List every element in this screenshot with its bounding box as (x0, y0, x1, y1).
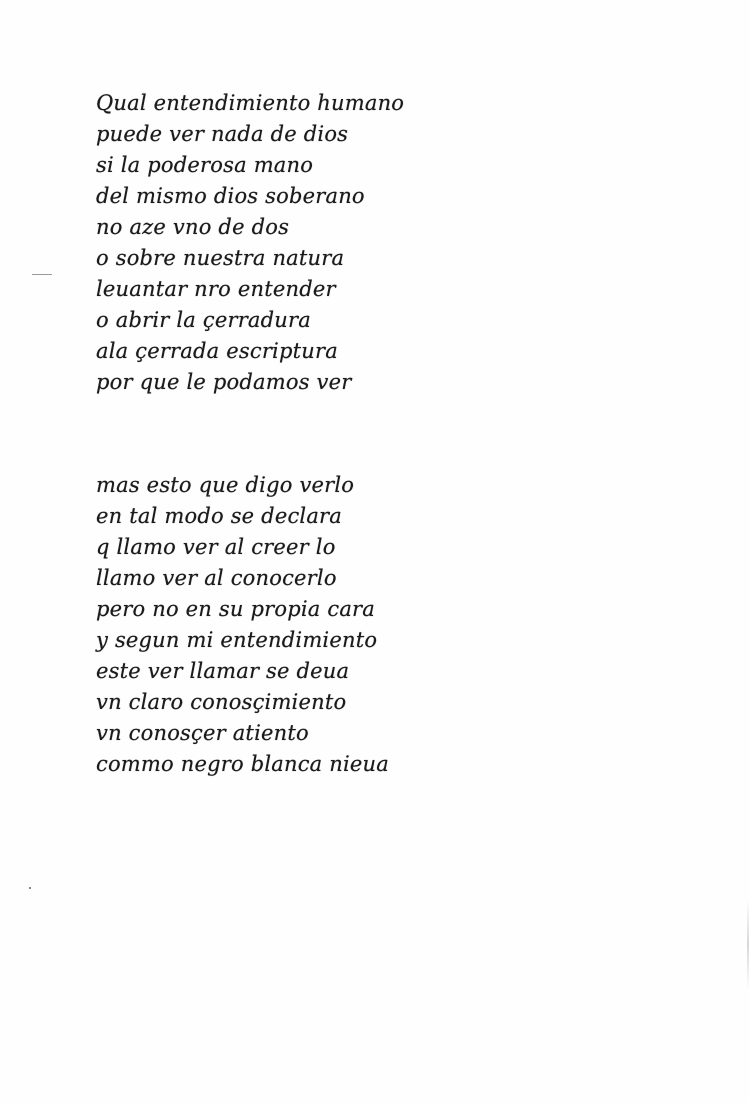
verse-line: vn conosçer atiento (96, 718, 456, 749)
verse-line: no aze vno de dos (96, 212, 456, 243)
verse-line: mas esto que digo verlo (96, 470, 456, 501)
verse-line: y segun mi entendimiento (96, 625, 456, 656)
verse-line: leuantar nro entender (96, 274, 456, 305)
verse-line: del mismo dios soberano (96, 181, 456, 212)
manuscript-page: Qual entendimiento humano puede ver nada… (0, 0, 750, 1103)
verse-line: llamo ver al conocerlo (96, 563, 456, 594)
verse-line: este ver llamar se deua (96, 656, 456, 687)
verse-line: pero no en su propia cara (96, 594, 456, 625)
stanza-1: Qual entendimiento humano puede ver nada… (96, 88, 456, 398)
ink-speck (29, 887, 31, 889)
verse-line: o abrir la çerradura (96, 305, 456, 336)
verse-line: ala çerrada escriptura (96, 336, 456, 367)
verse-line: q llamo ver al creer lo (96, 532, 456, 563)
verse-line: puede ver nada de dios (96, 119, 456, 150)
page-edge-shadow (747, 900, 749, 990)
verse-line: si la poderosa mano (96, 150, 456, 181)
verse-line: commo negro blanca nieua (96, 749, 456, 780)
margin-dash-mark (32, 274, 52, 275)
verse-line: vn claro conosçimiento (96, 687, 456, 718)
verse-line: por que le podamos ver (96, 367, 456, 398)
verse-line: Qual entendimiento humano (96, 88, 456, 119)
verse-line: o sobre nuestra natura (96, 243, 456, 274)
stanza-2: mas esto que digo verlo en tal modo se d… (96, 470, 456, 780)
verse-line: en tal modo se declara (96, 501, 456, 532)
